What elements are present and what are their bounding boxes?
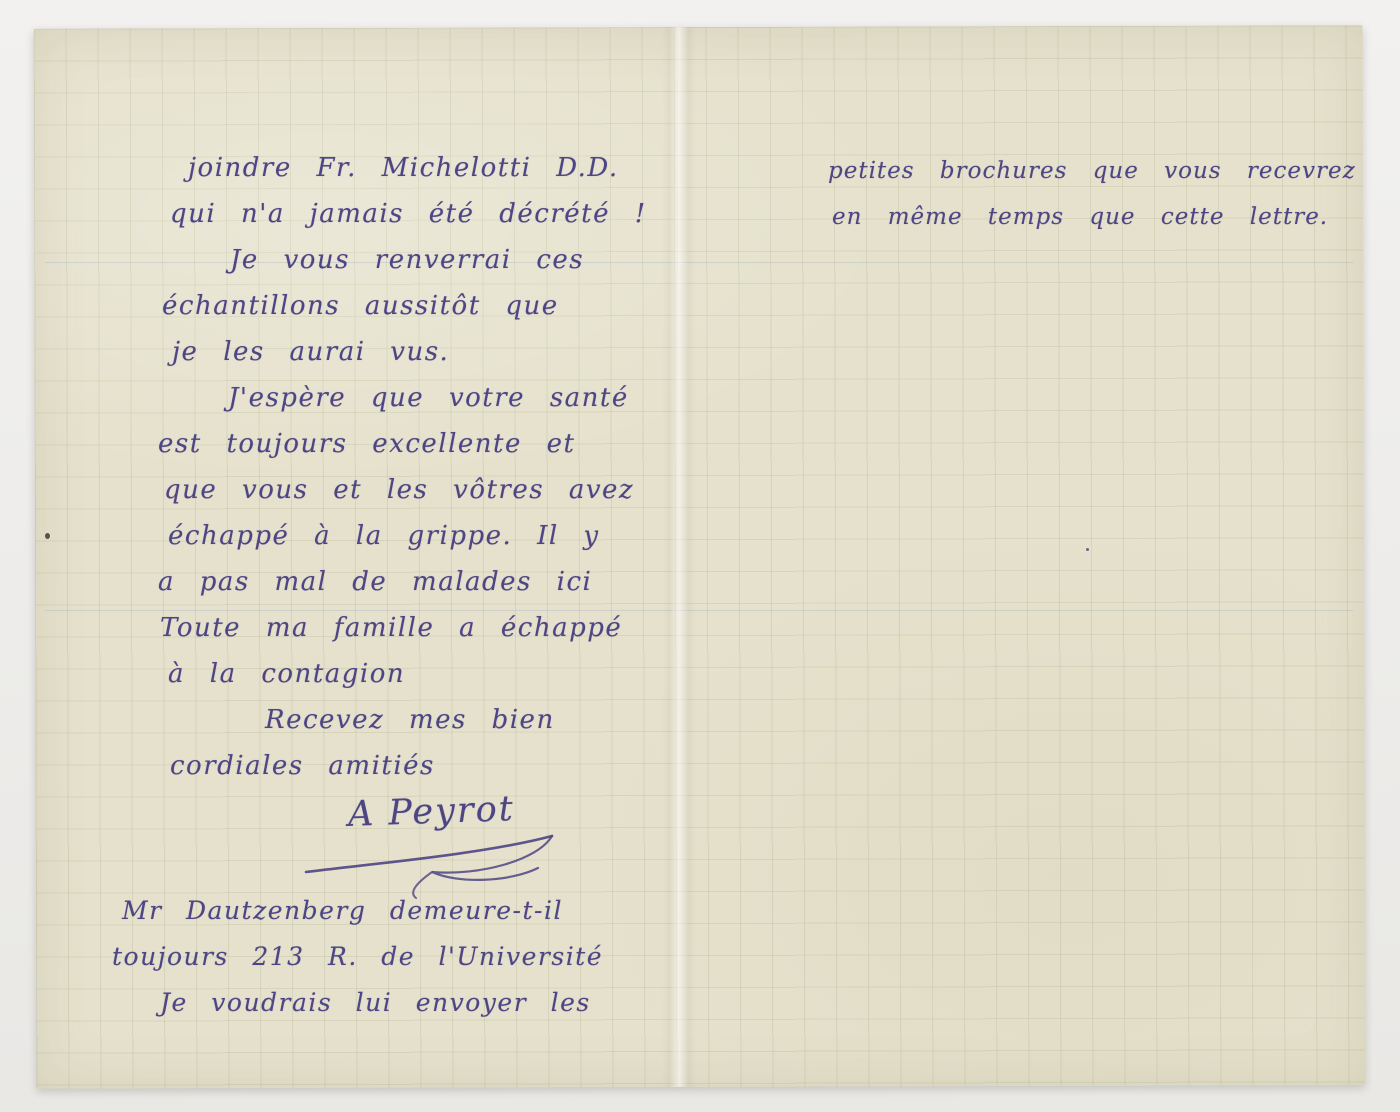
postscript-text: Mr Dautzenberg demeure-t-il toujours 213… xyxy=(112,888,603,1026)
handwriting-line: petites brochures que vous recevrez xyxy=(828,148,1356,194)
handwriting-line: à la contagion xyxy=(150,651,647,697)
handwriting-line: joindre Fr. Michelotti D.D. xyxy=(150,145,647,191)
postscript-line: toujours 213 R. de l'Université xyxy=(112,934,603,980)
postscript-line: Je voudrais lui envoyer les xyxy=(112,980,603,1026)
handwriting-line: en même temps que cette lettre. xyxy=(828,194,1356,240)
handwriting-line: Recevez mes bien xyxy=(150,697,647,743)
letter-photo-background: joindre Fr. Michelotti D.D. qui n'a jama… xyxy=(0,0,1400,1112)
handwriting-line: Je vous renverrai ces xyxy=(150,237,647,283)
handwriting-line: échantillons aussitôt que xyxy=(150,283,647,329)
left-page-text: joindre Fr. Michelotti D.D. qui n'a jama… xyxy=(150,145,647,789)
postscript-line: Mr Dautzenberg demeure-t-il xyxy=(112,888,603,934)
handwriting-line: je les aurai vus. xyxy=(150,329,647,375)
handwriting-line: est toujours excellente et xyxy=(150,421,647,467)
handwriting-line: cordiales amitiés xyxy=(150,743,647,789)
handwriting-line: que vous et les vôtres avez xyxy=(150,467,647,513)
signature: A Peyrot xyxy=(347,789,515,835)
right-page-text: petites brochures que vous recevrez en m… xyxy=(828,148,1356,240)
handwriting-line: qui n'a jamais été décrété ! xyxy=(150,191,647,237)
handwriting-line: J'espère que votre santé xyxy=(150,375,647,421)
handwriting-line: a pas mal de malades ici xyxy=(150,559,647,605)
handwriting-line: Toute ma famille a échappé xyxy=(150,605,647,651)
handwriting-line: échappé à la grippe. Il y xyxy=(150,513,647,559)
